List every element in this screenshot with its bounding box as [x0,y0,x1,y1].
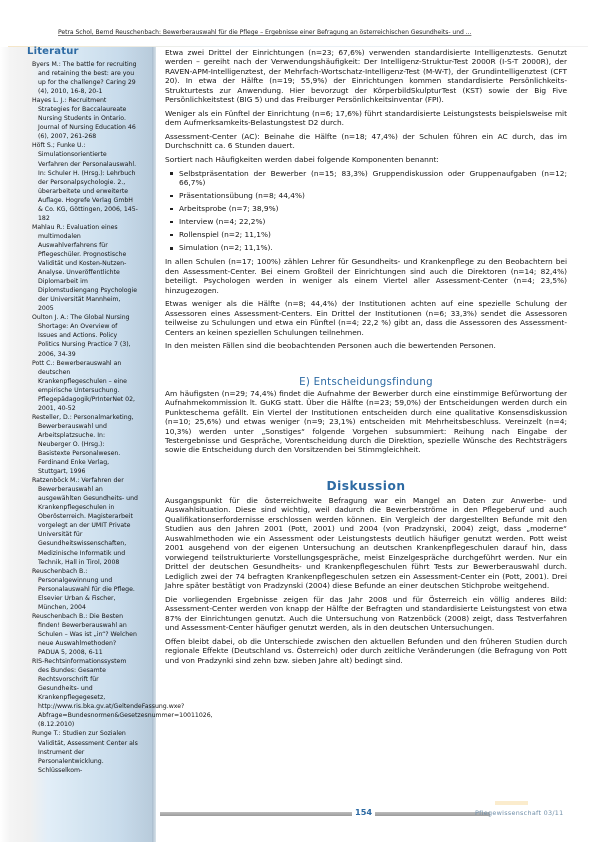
list-item: Rollenspiel (n=2; 11,1%) [179,230,567,239]
reference-item: Ratzenböck M.: Verfahren der Bewerberaus… [32,476,138,566]
paragraph: In allen Schulen (n=17; 100%) zählen Leh… [165,257,567,295]
paragraph: Ausgangspunkt für die österreichweite Be… [165,496,567,591]
footer-bar [160,812,490,816]
list-item: Präsentationsübung (n=8; 44,4%) [179,191,567,200]
paragraph: In den meisten Fällen sind die beobachte… [165,341,567,350]
paragraph: Offen bleibt dabei, ob die Unterschiede … [165,637,567,665]
references-title: Literatur [27,46,79,57]
reference-item: Mahlau R.: Evaluation eines multimodalen… [32,223,138,313]
reference-item: Resteller, D.: Personalmarketing, Bewerb… [32,413,138,476]
reference-item: RIS-Rechtsinformationssystem des Bundes:… [32,657,138,729]
paragraph: Weniger als ein Fünftel der Einrichtung … [165,109,567,128]
reference-item: Byers M.: The battle for recruiting and … [32,60,138,96]
list-item: Interview (n=4; 22,2%) [179,217,567,226]
reference-item: Reuschenbach B.: Personalgewinnung und P… [32,567,138,612]
paragraph: Am häufigsten (n=29; 74,4%) findet die A… [165,389,567,455]
reference-item: Oulton J. A.: The Global Nursing Shortag… [32,313,138,358]
subsection-heading: E) Entscheidungsfindung [165,377,567,389]
list-item: Simulation (n=2; 11,1%). [179,243,567,252]
list-item: Arbeitsprobe (n=7; 38,9%) [179,204,567,213]
reference-item: Höft S.; Funke U.: Simulationsorientiert… [32,141,138,222]
paragraph: Etwa zwei Drittel der Einrichtungen (n=2… [165,48,567,105]
paragraph: Die vorliegenden Ergebnisse zeigen für d… [165,595,567,633]
reference-item: Runge T.: Studien zur Sozialen Validität… [32,729,138,774]
paragraph: Etwas weniger als die Hälfte (n=8; 44,4%… [165,299,567,337]
footer-accent [495,801,528,805]
sidebar-border [152,47,156,842]
reference-list: Byers M.: The battle for recruiting and … [32,60,138,775]
running-head: Petra Schol, Bernd Reuschenbach: Bewerbe… [58,29,568,37]
component-list: Selbstpräsentation der Bewerber (n=15; 8… [165,169,567,253]
paragraph: Sortiert nach Häufigkeiten werden dabei … [165,155,567,164]
journal-name: Pflegewissenschaft 03/11 [475,809,564,817]
paragraph: Assessment-Center (AC): Beinahe die Hälf… [165,132,567,151]
list-item: Selbstpräsentation der Bewerber (n=15; 8… [179,169,567,188]
reference-item: Hayes L. J.: Recruitment Strategies for … [32,96,138,141]
reference-item: Reuschenbach B.: Die Besten finden! Bewe… [32,612,138,657]
section-heading: Diskussion [165,479,567,493]
reference-item: Pott C.: Bewerberauswahl an deutschen Kr… [32,359,138,413]
page-number: 154 [352,806,375,818]
main-text-column: Etwa zwei Drittel der Einrichtungen (n=2… [165,48,567,669]
